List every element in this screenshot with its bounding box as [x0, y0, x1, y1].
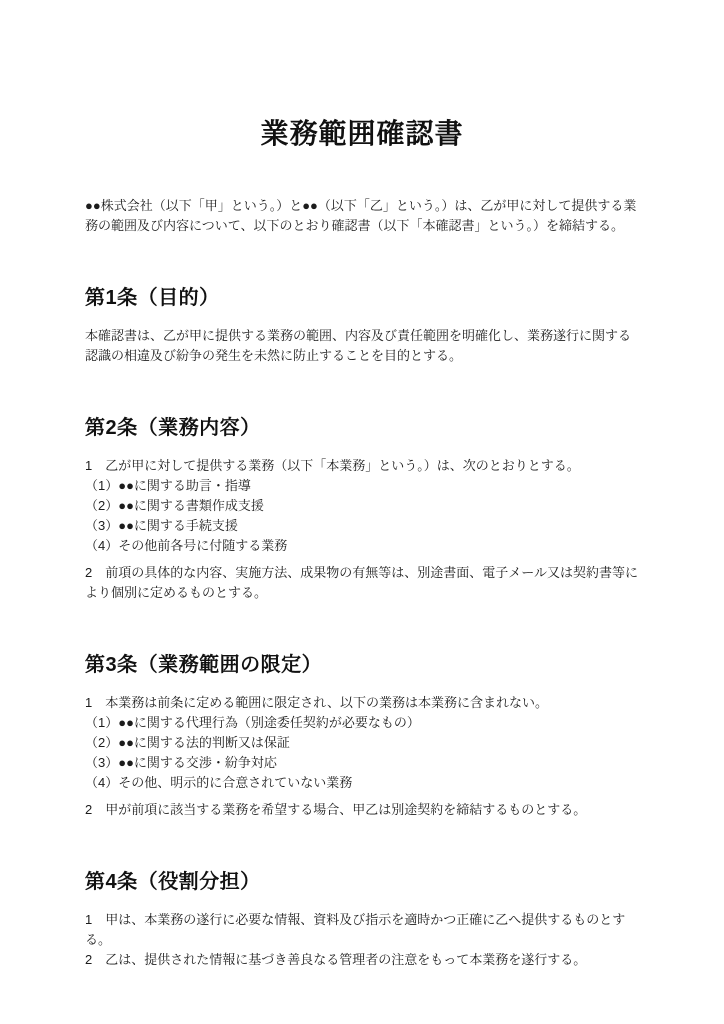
article-4: 第4条（役割分担） 1 甲は、本業務の遂行に必要な情報、資料及び指示を適時かつ正…	[85, 869, 639, 970]
article-2-item-1: （1）●●に関する助言・指導	[85, 476, 639, 496]
intro-paragraph: ●●株式会社（以下「甲」という。）と●●（以下「乙」という。）は、乙が甲に対して…	[85, 196, 639, 236]
article-1-body: 本確認書は、乙が甲に提供する業務の範囲、内容及び責任範囲を明確化し、業務遂行に関…	[85, 326, 639, 366]
article-2-heading: 第2条（業務内容）	[85, 415, 639, 441]
article-4-item-2: 2 乙は、提供された情報に基づき善良なる管理者の注意をもって本業務を遂行する。	[85, 950, 639, 970]
article-3-item-list: （1）●●に関する代理行為（別途委任契約が必要なもの） （2）●●に関する法的判…	[85, 713, 639, 793]
article-2-item-list: （1）●●に関する助言・指導 （2）●●に関する書類作成支援 （3）●●に関する…	[85, 476, 639, 556]
article-2-item-3: （3）●●に関する手続支援	[85, 516, 639, 536]
article-3-item-2: （2）●●に関する法的判断又は保証	[85, 733, 639, 753]
article-3-item-4: （4）その他、明示的に合意されていない業務	[85, 773, 639, 793]
article-2-item-4: （4）その他前各号に付随する業務	[85, 536, 639, 556]
article-3-heading: 第3条（業務範囲の限定）	[85, 652, 639, 678]
article-4-item-list: 1 甲は、本業務の遂行に必要な情報、資料及び指示を適時かつ正確に乙へ提供するもの…	[85, 910, 639, 970]
article-3: 第3条（業務範囲の限定） 1 本業務は前条に定める範囲に限定され、以下の業務は本…	[85, 652, 639, 820]
article-2-paragraph-1: 1 乙が甲に対して提供する業務（以下「本業務」という。）は、次のとおりとする。	[85, 456, 639, 476]
article-3-item-1: （1）●●に関する代理行為（別途委任契約が必要なもの）	[85, 713, 639, 733]
article-3-item-3: （3）●●に関する交渉・紛争対応	[85, 753, 639, 773]
document-title: 業務範囲確認書	[85, 118, 639, 150]
article-2-paragraph-2: 2 前項の具体的な内容、実施方法、成果物の有無等は、別途書面、電子メール又は契約…	[85, 563, 639, 603]
article-3-paragraph-1: 1 本業務は前条に定める範囲に限定され、以下の業務は本業務に含まれない。	[85, 693, 639, 713]
document-page: 業務範囲確認書 ●●株式会社（以下「甲」という。）と●●（以下「乙」という。）は…	[0, 0, 724, 1024]
article-2-item-2: （2）●●に関する書類作成支援	[85, 496, 639, 516]
article-1: 第1条（目的） 本確認書は、乙が甲に提供する業務の範囲、内容及び責任範囲を明確化…	[85, 285, 639, 366]
article-1-heading: 第1条（目的）	[85, 285, 639, 311]
article-3-paragraph-2: 2 甲が前項に該当する業務を希望する場合、甲乙は別途契約を締結するものとする。	[85, 800, 639, 820]
article-4-heading: 第4条（役割分担）	[85, 869, 639, 895]
article-2: 第2条（業務内容） 1 乙が甲に対して提供する業務（以下「本業務」という。）は、…	[85, 415, 639, 603]
article-4-item-1: 1 甲は、本業務の遂行に必要な情報、資料及び指示を適時かつ正確に乙へ提供するもの…	[85, 910, 639, 950]
